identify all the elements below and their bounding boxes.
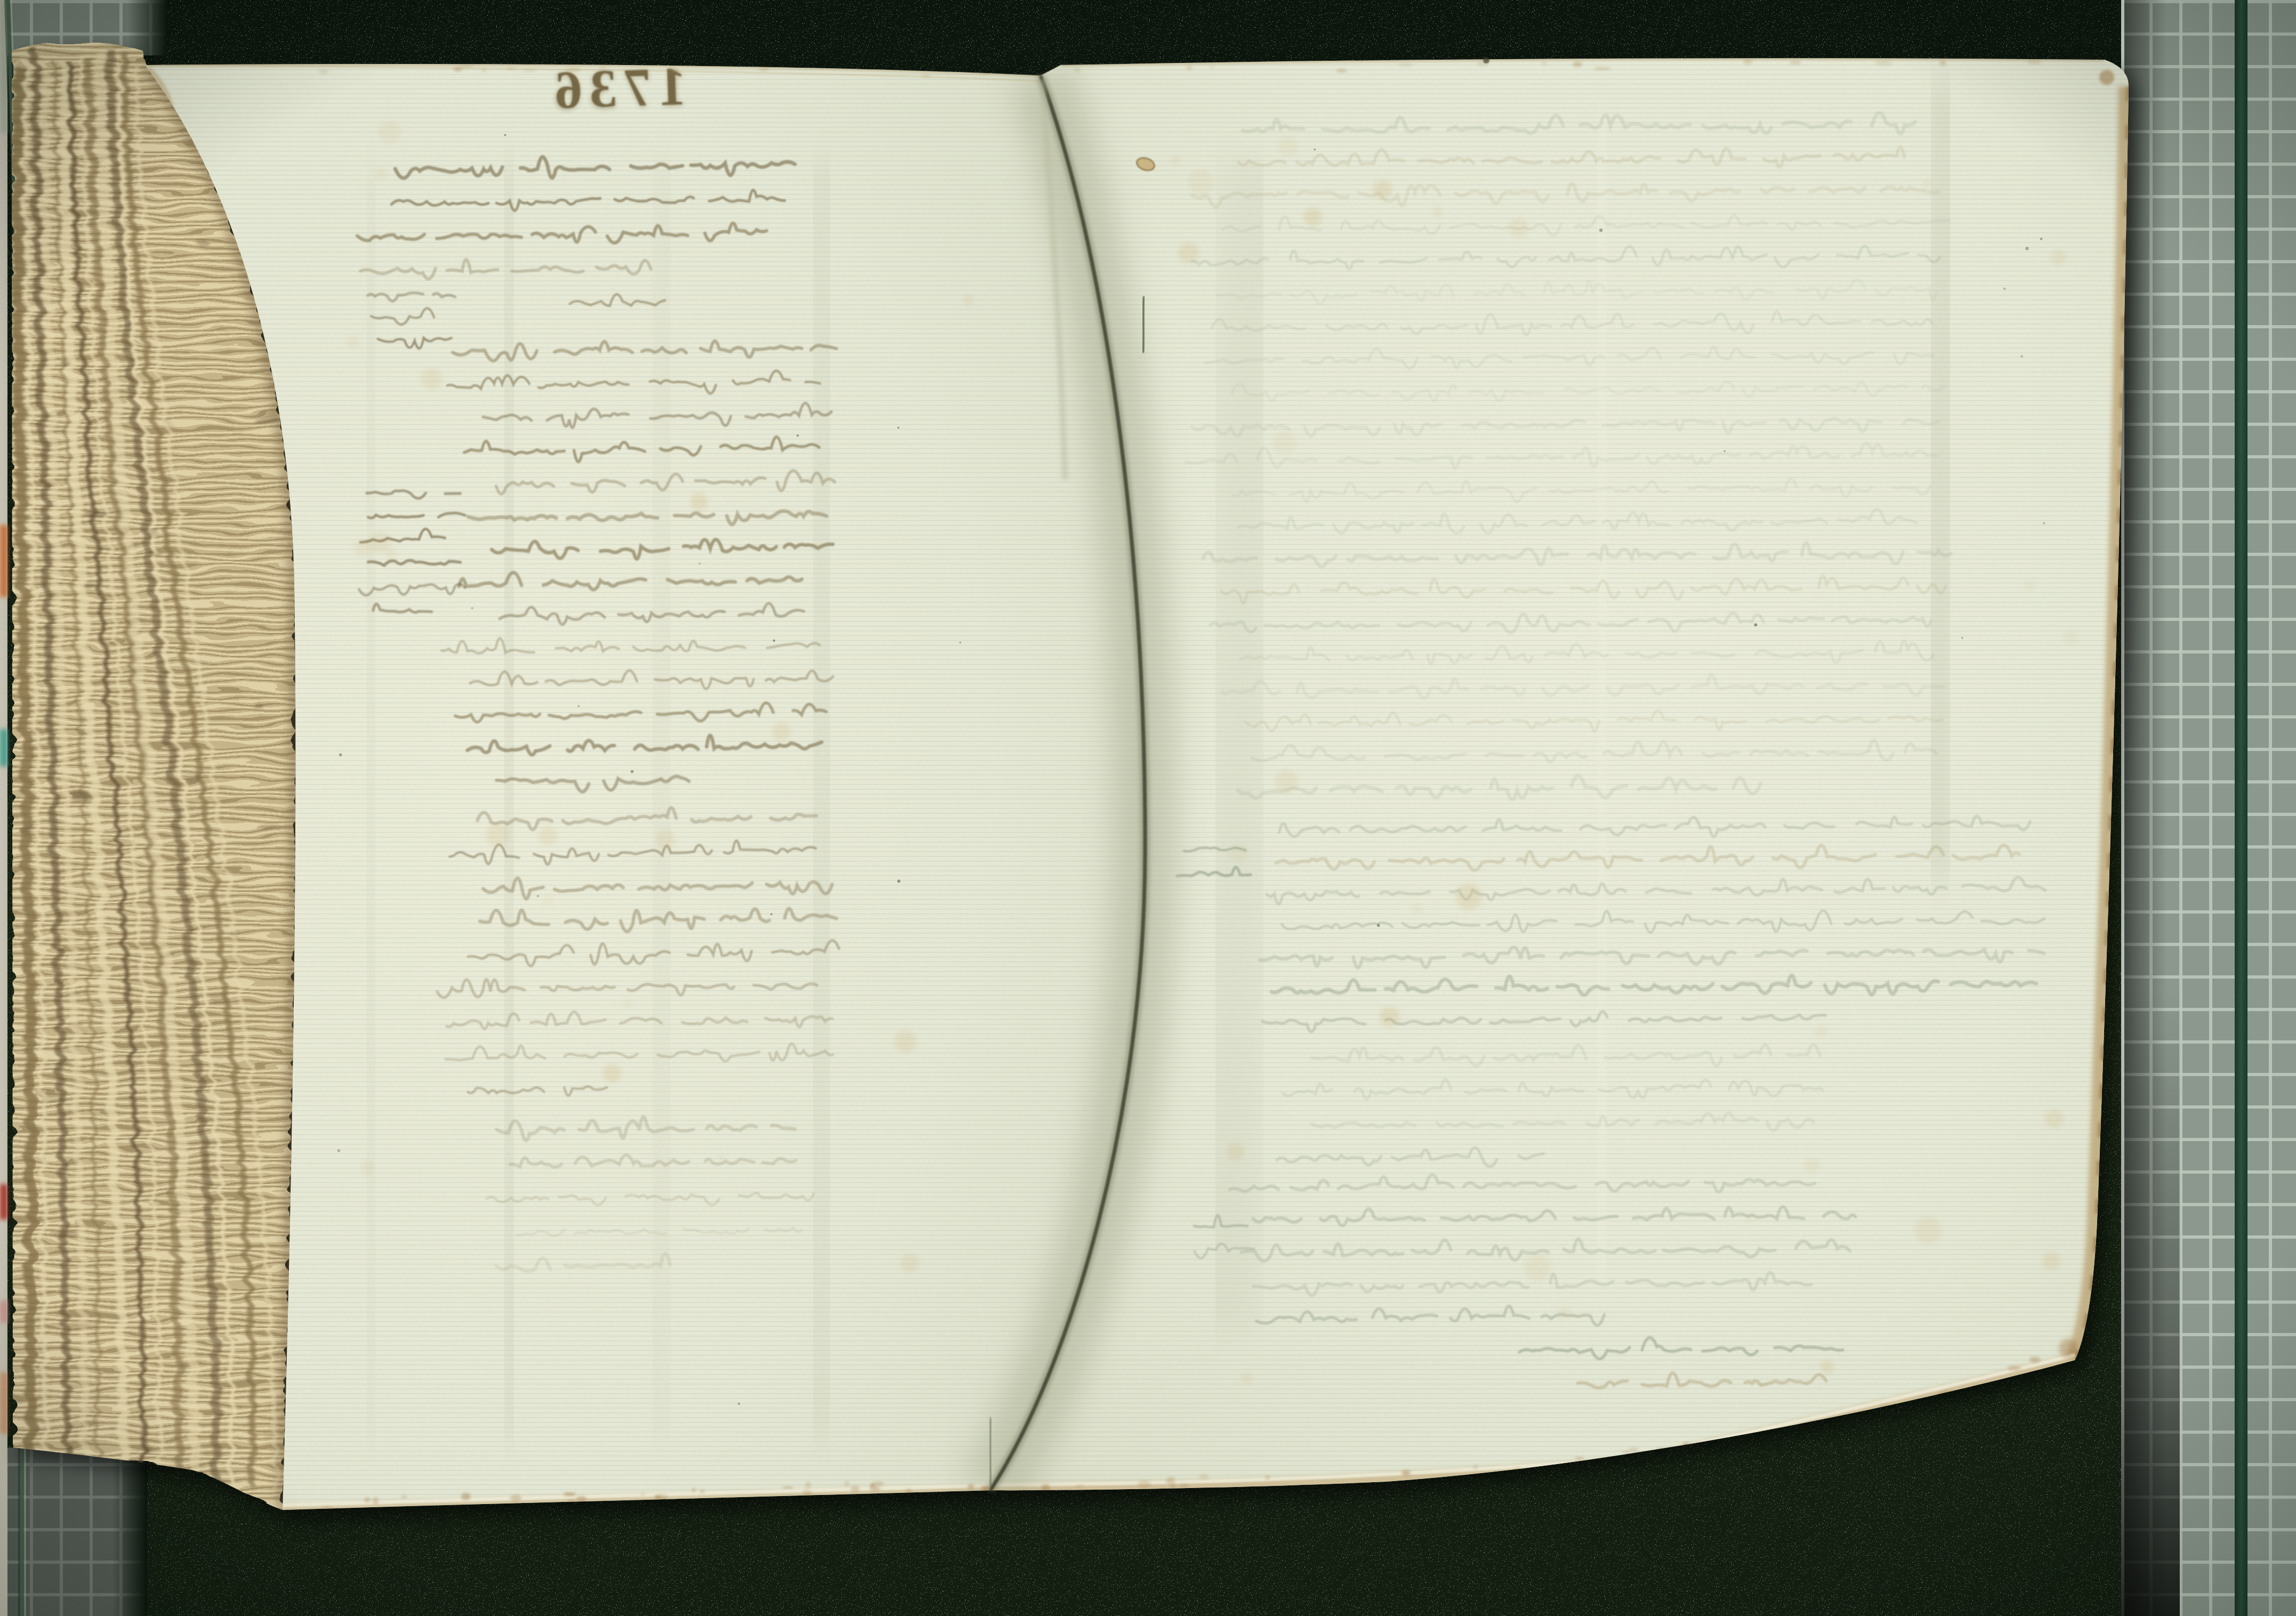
manuscript-photo: 1736 1736	[0, 0, 2296, 1616]
photo-stage: 1736 1736	[0, 0, 2296, 1616]
photo-effects	[0, 0, 2296, 1616]
vignette	[0, 0, 2296, 1616]
